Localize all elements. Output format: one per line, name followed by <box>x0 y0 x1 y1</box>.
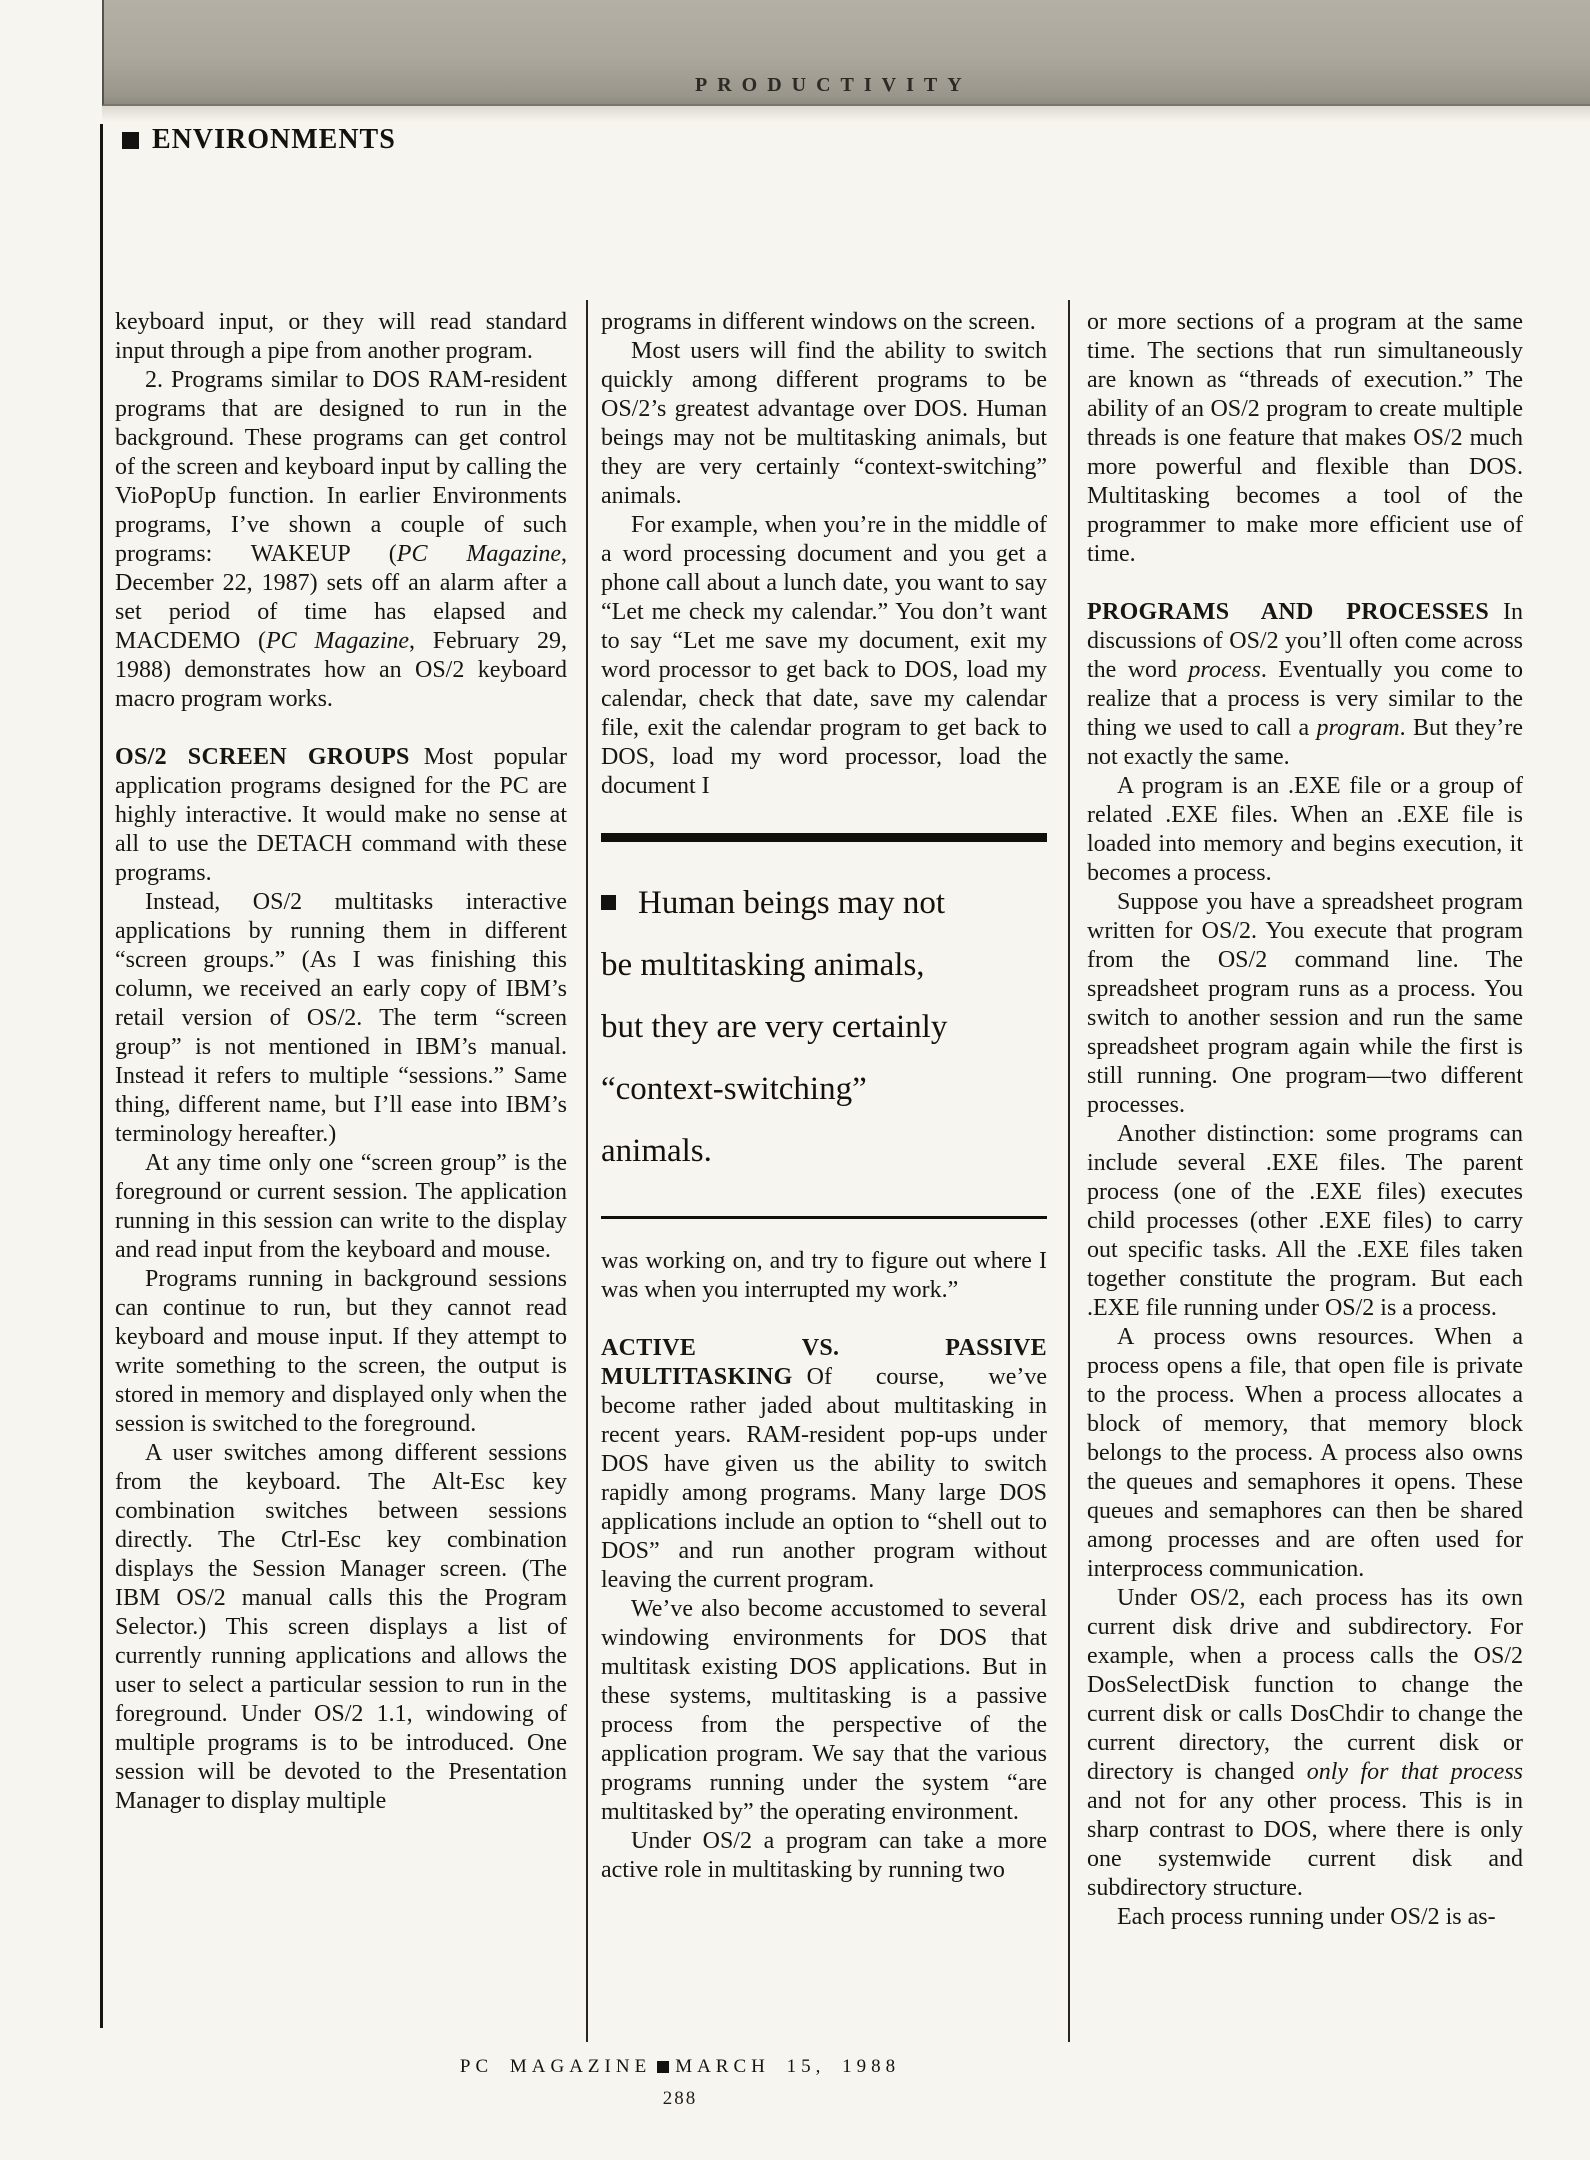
pull-quote-bottom-rule <box>601 1216 1047 1219</box>
paragraph: At any time only one “screen group” is t… <box>115 1149 567 1265</box>
banner-fade <box>102 106 1590 122</box>
left-page-rule <box>100 124 103 2028</box>
article-column-3: or more sections of a program at the sam… <box>1087 308 1523 1932</box>
pull-quote-line: animals. <box>601 1120 1047 1182</box>
page-footer: PC MAGAZINEMARCH 15, 1988 <box>400 2056 960 2078</box>
footer-magazine-name: PC MAGAZINE <box>460 2056 651 2077</box>
paragraph: A process owns resources. When a process… <box>1087 1323 1523 1584</box>
paragraph: Under OS/2 a program can take a more act… <box>601 1827 1047 1885</box>
paragraph: Suppose you have a spreadsheet program w… <box>1087 888 1523 1120</box>
paragraph: A user switches among different sessions… <box>115 1439 567 1816</box>
run-in-heading: OS/2 SCREEN GROUPS <box>115 744 410 770</box>
paragraph: ACTIVE VS. PASSIVE MULTITASKINGOf course… <box>601 1334 1047 1595</box>
paragraph: OS/2 SCREEN GROUPSMost popular applicati… <box>115 743 567 888</box>
pull-quote-top-rule <box>601 833 1047 842</box>
pull-quote-line: be multitasking animals, <box>601 934 1047 996</box>
paragraph: Programs running in background sessions … <box>115 1265 567 1439</box>
paragraph: Each process running under OS/2 is as- <box>1087 1903 1523 1932</box>
paragraph: Most users will find the ability to swit… <box>601 337 1047 511</box>
italic-text: program <box>1317 715 1400 741</box>
pull-quote-bullet-icon <box>601 895 616 910</box>
italic-text: only for that process <box>1307 1759 1523 1785</box>
italic-text: process <box>1188 657 1260 683</box>
magazine-page: PRODUCTIVITY ENVIRONMENTS keyboard input… <box>0 0 1590 2160</box>
column-divider-2 <box>1068 300 1070 2042</box>
section-title: ENVIRONMENTS <box>152 124 396 156</box>
page-number: 288 <box>400 2088 960 2110</box>
paragraph: Instead, OS/2 multitasks interactive app… <box>115 888 567 1149</box>
run-in-heading: PROGRAMS AND PROCESSES <box>1087 599 1489 625</box>
pull-quote: Human beings may notbe multitasking anim… <box>601 833 1047 1219</box>
footer-square-bullet-icon <box>657 2061 669 2073</box>
pull-quote-line: “context-switching” <box>601 1058 1047 1120</box>
pull-quote-line: but they are very certainly <box>601 996 1047 1058</box>
article-column-2: programs in different windows on the scr… <box>601 308 1047 1885</box>
kicker-label: PRODUCTIVITY <box>695 74 972 97</box>
italic-text: PC Magazine <box>397 541 561 567</box>
column-divider-1 <box>586 300 588 2042</box>
paragraph: A program is an .EXE file or a group of … <box>1087 772 1523 888</box>
pull-quote-line: Human beings may not <box>601 872 1047 934</box>
paragraph: programs in different windows on the scr… <box>601 308 1047 337</box>
run-in-heading: ACTIVE VS. PASSIVE MULTITASKING <box>601 1335 1047 1390</box>
footer-date: MARCH 15, 1988 <box>675 2056 900 2077</box>
paragraph: For example, when you’re in the middle o… <box>601 511 1047 801</box>
paragraph: Under OS/2, each process has its own cur… <box>1087 1584 1523 1903</box>
paragraph: Another distinction: some programs can i… <box>1087 1120 1523 1323</box>
article-column-1: keyboard input, or they will read standa… <box>115 308 567 1816</box>
paragraph: 2. Programs similar to DOS RAM-resident … <box>115 366 567 714</box>
section-header: ENVIRONMENTS <box>122 124 396 156</box>
italic-text: PC Magazine <box>266 628 409 654</box>
paragraph: keyboard input, or they will read standa… <box>115 308 567 366</box>
square-bullet-icon <box>122 132 139 149</box>
paragraph: or more sections of a program at the sam… <box>1087 308 1523 569</box>
paragraph: PROGRAMS AND PROCESSESIn discussions of … <box>1087 598 1523 772</box>
paragraph: was working on, and try to figure out wh… <box>601 1247 1047 1305</box>
paragraph: We’ve also become accustomed to several … <box>601 1595 1047 1827</box>
